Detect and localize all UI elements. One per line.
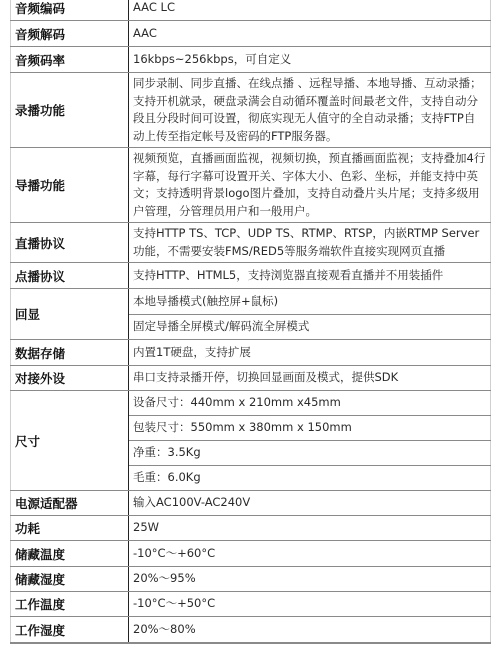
table-row-directing: 导播功能 视频预览，直播画面监视，视频切换，预直播画面监视；支持叠加4行字幕，每… — [11, 148, 491, 223]
row-value: 支持HTTP、HTML5，支持浏览器直接观看直播并不用装插件 — [129, 263, 491, 289]
table-row-storage: 数据存储 内置1T硬盘，支持扩展 — [11, 340, 491, 366]
row-value: 固定导播全屏模式/解码流全屏模式 — [129, 315, 491, 340]
table-row-storage-humidity: 储藏湿度 20%～95% — [11, 567, 491, 592]
row-label: 录播功能 — [11, 73, 129, 148]
table-row-live-protocol: 直播协议 支持HTTP TS、TCP、UDP TS、RTMP、RTSP，内嵌RT… — [11, 223, 491, 263]
row-value: 本地导播模式(触控屏+鼠标) — [129, 289, 491, 315]
table-row-audio-bitrate: 音频码率 16kbps~256kbps，可自定义 — [11, 47, 491, 73]
row-value: 串口支持录播开停，切换回显画面及模式，提供SDK — [129, 366, 491, 391]
table-row-operating-temp: 工作温度 -10°C～+50°C — [11, 592, 491, 617]
row-label: 点播协议 — [11, 263, 129, 289]
table-row-size: 尺寸 设备尺寸：440mm x 210mm x45mm — [11, 391, 491, 416]
row-label: 对接外设 — [11, 366, 129, 391]
row-value: 25W — [129, 516, 491, 541]
row-value: 视频预览，直播画面监视，视频切换，预直播画面监视；支持叠加4行字幕，每行字幕可设… — [129, 148, 491, 223]
row-value: AAC LC — [129, 0, 491, 21]
table-row-power-adapter: 电源适配器 输入AC100V-AC240V — [11, 491, 491, 516]
row-label: 工作温度 — [11, 592, 129, 617]
row-value: 设备尺寸：440mm x 210mm x45mm — [129, 391, 491, 416]
row-value: 包装尺寸：550mm x 380mm x 150mm — [129, 416, 491, 441]
row-label: 工作湿度 — [11, 617, 129, 644]
row-label: 储藏湿度 — [11, 567, 129, 592]
table-row-operating-humidity: 工作湿度 20%～80% — [11, 617, 491, 644]
row-label: 直播协议 — [11, 223, 129, 263]
spec-table: 音频编码 AAC LC 音频解码 AAC 音频码率 16kbps~256kbps… — [10, 0, 491, 644]
row-label: 音频解码 — [11, 21, 129, 47]
row-value: -10°C～+50°C — [129, 592, 491, 617]
row-label: 音频编码 — [11, 0, 129, 21]
table-row-peripherals: 对接外设 串口支持录播开停，切换回显画面及模式，提供SDK — [11, 366, 491, 391]
table-row-power-consumption: 功耗 25W — [11, 516, 491, 541]
table-row-display: 回显 本地导播模式(触控屏+鼠标) — [11, 289, 491, 315]
row-label: 储藏温度 — [11, 541, 129, 567]
row-value: 同步录制、同步直播、在线点播 、远程导播、本地导播、互动录播；支持开机就录，硬盘… — [129, 73, 491, 148]
row-label: 音频码率 — [11, 47, 129, 73]
row-value: 支持HTTP TS、TCP、UDP TS、RTMP、RTSP，内嵌RTMP Se… — [129, 223, 491, 263]
row-label: 回显 — [11, 289, 129, 340]
row-label: 功耗 — [11, 516, 129, 541]
row-value: AAC — [129, 21, 491, 47]
row-value: 净重：3.5Kg — [129, 441, 491, 466]
row-value: 16kbps~256kbps，可自定义 — [129, 47, 491, 73]
table-row-audio-encoding: 音频编码 AAC LC — [11, 0, 491, 21]
row-value: 20%～95% — [129, 567, 491, 592]
row-value: 20%～80% — [129, 617, 491, 644]
table-row-audio-decoding: 音频解码 AAC — [11, 21, 491, 47]
table-row-recording: 录播功能 同步录制、同步直播、在线点播 、远程导播、本地导播、互动录播；支持开机… — [11, 73, 491, 148]
row-label: 数据存储 — [11, 340, 129, 366]
row-value: 输入AC100V-AC240V — [129, 491, 491, 516]
table-row-storage-temp: 储藏温度 -10°C～+60°C — [11, 541, 491, 567]
row-label: 尺寸 — [11, 391, 129, 491]
row-label: 电源适配器 — [11, 491, 129, 516]
row-label: 导播功能 — [11, 148, 129, 223]
row-value: 毛重：6.0Kg — [129, 466, 491, 491]
table-row-vod-protocol: 点播协议 支持HTTP、HTML5，支持浏览器直接观看直播并不用装插件 — [11, 263, 491, 289]
row-value: 内置1T硬盘，支持扩展 — [129, 340, 491, 366]
row-value: -10°C～+60°C — [129, 541, 491, 567]
